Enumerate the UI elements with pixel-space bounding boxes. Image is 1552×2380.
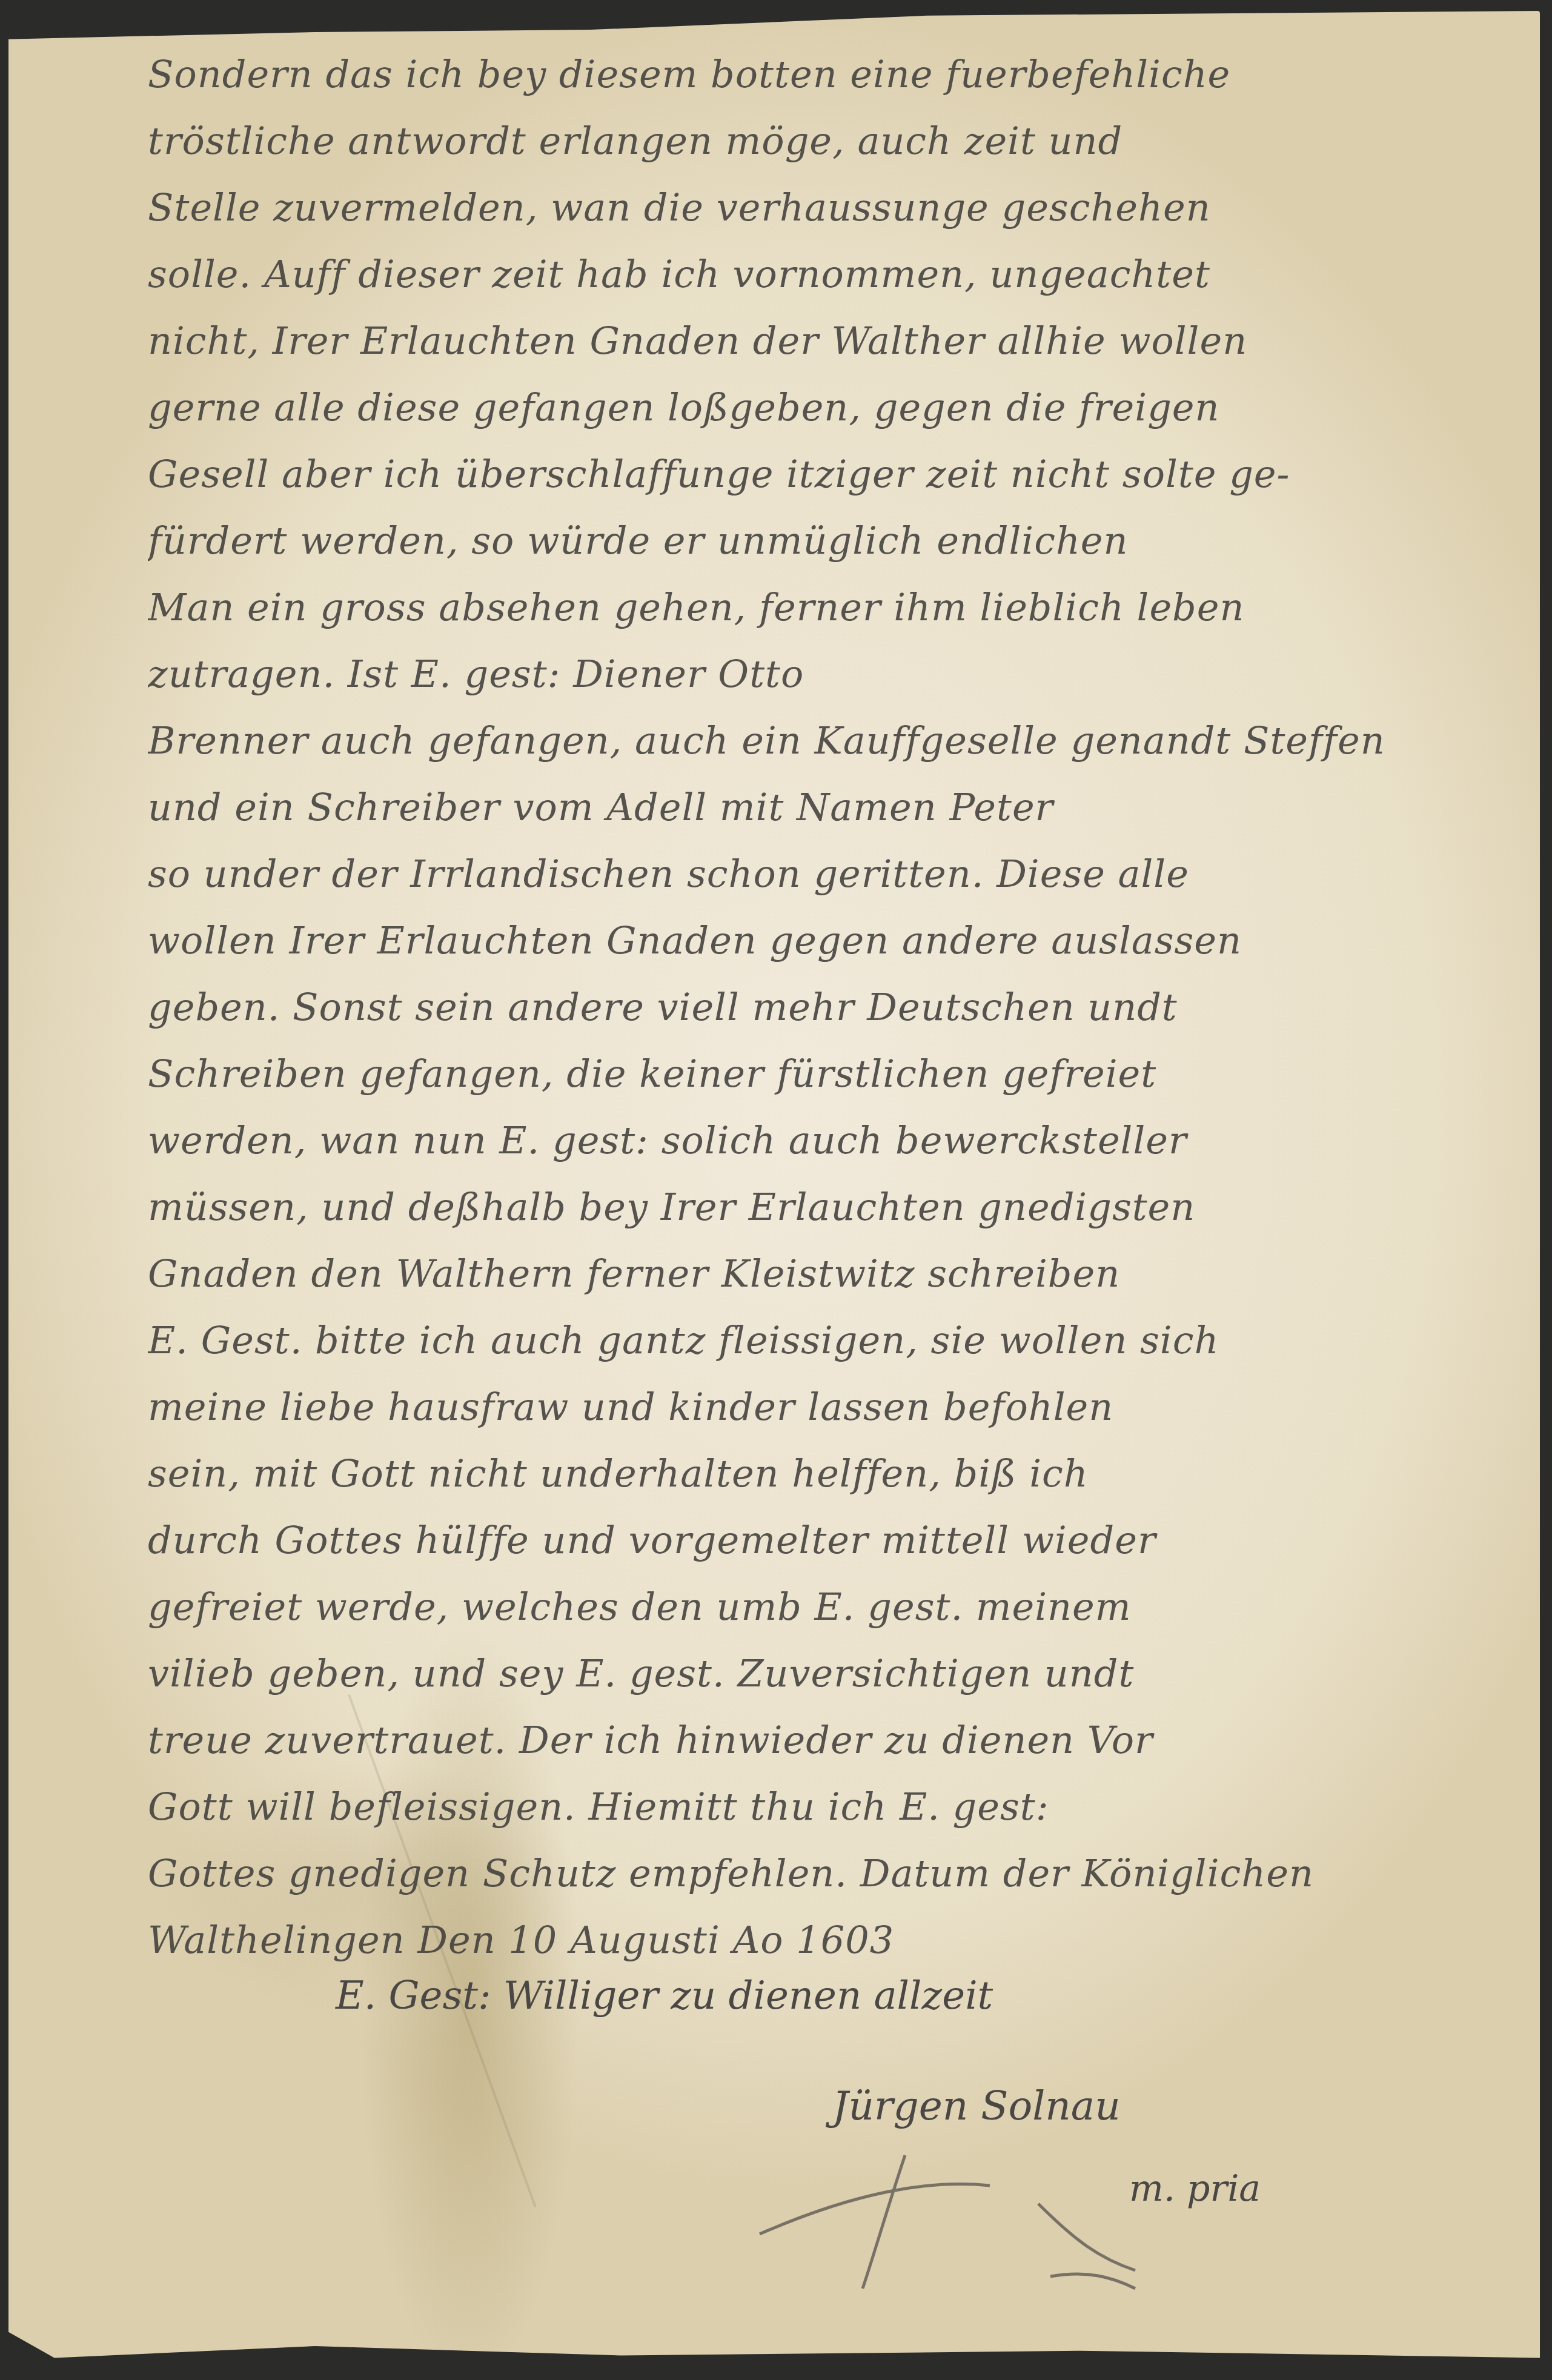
text-line: vilieb geben, und sey E. gest. Zuversich… (148, 1640, 1517, 1707)
text-line: fürdert werden, so würde er unmüglich en… (148, 508, 1517, 574)
text-line: so under der Irrlandischen schon geritte… (148, 841, 1517, 907)
text-line: Schreiben gefangen, die keiner fürstlich… (148, 1041, 1517, 1107)
document-page: Sondern das ich bey diesem botten eine f… (8, 11, 1540, 2367)
signature-flourish-icon (735, 2119, 1159, 2301)
signature-name: Jürgen Solnau (832, 2083, 1121, 2129)
text-line: sein, mit Gott nicht underhalten helffen… (148, 1440, 1517, 1507)
text-line: Man ein gross absehen gehen, ferner ihm … (148, 574, 1517, 641)
text-line: gefreiet werde, welches den umb E. gest.… (148, 1574, 1517, 1640)
text-line: treue zuvertrauet. Der ich hinwieder zu … (148, 1707, 1517, 1774)
text-line: E. Gest. bitte ich auch gantz fleissigen… (148, 1307, 1517, 1374)
closing-salutation: E. Gest: Williger zu dienen allzeit (336, 1974, 993, 2018)
text-line: meine liebe hausfraw und kinder lassen b… (148, 1374, 1517, 1440)
text-line: gerne alle diese gefangen loßgeben, gege… (148, 374, 1517, 441)
text-line: wollen Irer Erlauchten Gnaden gegen ande… (148, 907, 1517, 974)
text-line: Gottes gnedigen Schutz empfehlen. Datum … (148, 1840, 1517, 1907)
text-line: Gnaden den Walthern ferner Kleistwitz sc… (148, 1241, 1517, 1307)
text-line: solle. Auff dieser zeit hab ich vornomme… (148, 241, 1517, 308)
text-line: nicht, Irer Erlauchten Gnaden der Walthe… (148, 308, 1517, 374)
text-line: Gesell aber ich überschlaffunge itziger … (148, 441, 1517, 508)
letter-body: Sondern das ich bey diesem botten eine f… (148, 41, 1517, 1974)
text-line: zutragen. Ist E. gest: Diener Otto (148, 641, 1517, 708)
text-line: Sondern das ich bey diesem botten eine f… (148, 41, 1517, 108)
text-line: tröstliche antwordt erlangen möge, auch … (148, 108, 1517, 174)
text-line: Brenner auch gefangen, auch ein Kauffges… (148, 708, 1517, 774)
text-line: müssen, und deßhalb bey Irer Erlauchten … (148, 1174, 1517, 1241)
text-line: Stelle zuvermelden, wan die verhaussunge… (148, 174, 1517, 241)
signature-mark: m. pria (1129, 2167, 1261, 2210)
text-line: werden, wan nun E. gest: solich auch bew… (148, 1107, 1517, 1174)
text-line: Gott will befleissigen. Hiemitt thu ich … (148, 1774, 1517, 1840)
text-line: geben. Sonst sein andere viell mehr Deut… (148, 974, 1517, 1041)
text-line: und ein Schreiber vom Adell mit Namen Pe… (148, 774, 1517, 841)
text-line: durch Gottes hülffe und vorgemelter mitt… (148, 1507, 1517, 1574)
date-line: Walthelingen Den 10 Augusti Ao 1603 (148, 1907, 1517, 1974)
